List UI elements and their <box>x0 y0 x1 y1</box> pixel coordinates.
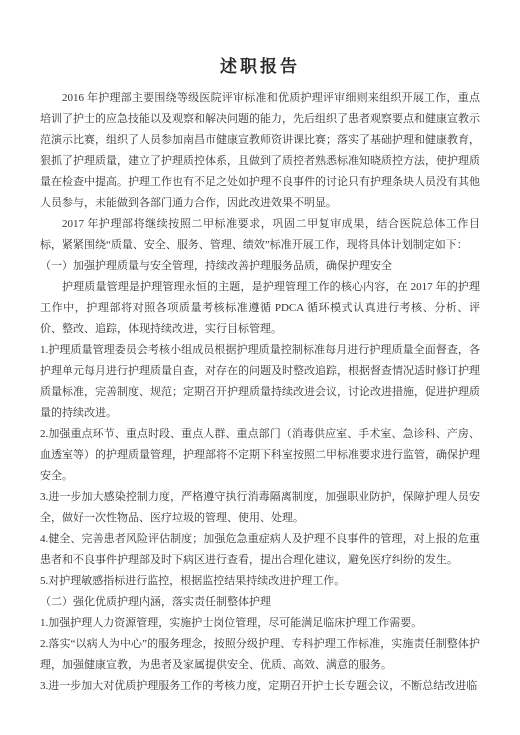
list-item-1-4: 4.健全、完善患者风险评估制度；加强危急重症病人及护理不良事件的管理，对上报的危… <box>40 529 480 571</box>
list-item-1-3: 3.进一步加大感染控制力度，严格遵守执行消毒隔离制度，加强职业防护，保障护理人员… <box>40 487 480 529</box>
list-item-1-2: 2.加强重点环节、重点时段、重点人群、重点部门（消毒供应室、手术室、急诊科、产房… <box>40 424 480 487</box>
document-title: 述职报告 <box>40 52 480 77</box>
paragraph-intro-2017: 2017 年护理部将继续按照二甲标准要求，巩固二甲复审成果，结合医院总体工作目标… <box>40 214 480 256</box>
paragraph-intro-2016: 2016 年护理部主要围绕等级医院评审标准和优质护理评审细则来组织开展工作，重点… <box>40 88 480 214</box>
list-item-2-1: 1.加强护理人力资源管理，实施护士岗位管理，尽可能满足临床护理工作需要。 <box>40 613 480 634</box>
document-page: 述职报告 2016 年护理部主要围绕等级医院评审标准和优质护理评审细则来组织开展… <box>0 0 520 735</box>
paragraph-quality-management: 护理质量管理是护理管理永恒的主题，是护理管理工作的核心内容，在 2017 年的护… <box>40 277 480 340</box>
list-item-2-2: 2.落实“以病人为中心”的服务理念，按照分级护理、专科护理工作标准，实施责任制整… <box>40 634 480 676</box>
list-item-1-5: 5.对护理敏感指标进行监控，根据监控结果持续改进护理工作。 <box>40 571 480 592</box>
list-item-2-3: 3.进一步加大对优质护理服务工作的考核力度，定期召开护士长专题会议，不断总结改进… <box>40 676 480 697</box>
section-heading-2: （二）强化优质护理内涵，落实责任制整体护理 <box>40 592 480 613</box>
list-item-1-1: 1.护理质量管理委员会考核小组成员根据护理质量控制标准每月进行护理质量全面督查，… <box>40 340 480 424</box>
section-heading-1: （一）加强护理质量与安全管理，持续改善护理服务品质，确保护理安全 <box>40 256 480 277</box>
